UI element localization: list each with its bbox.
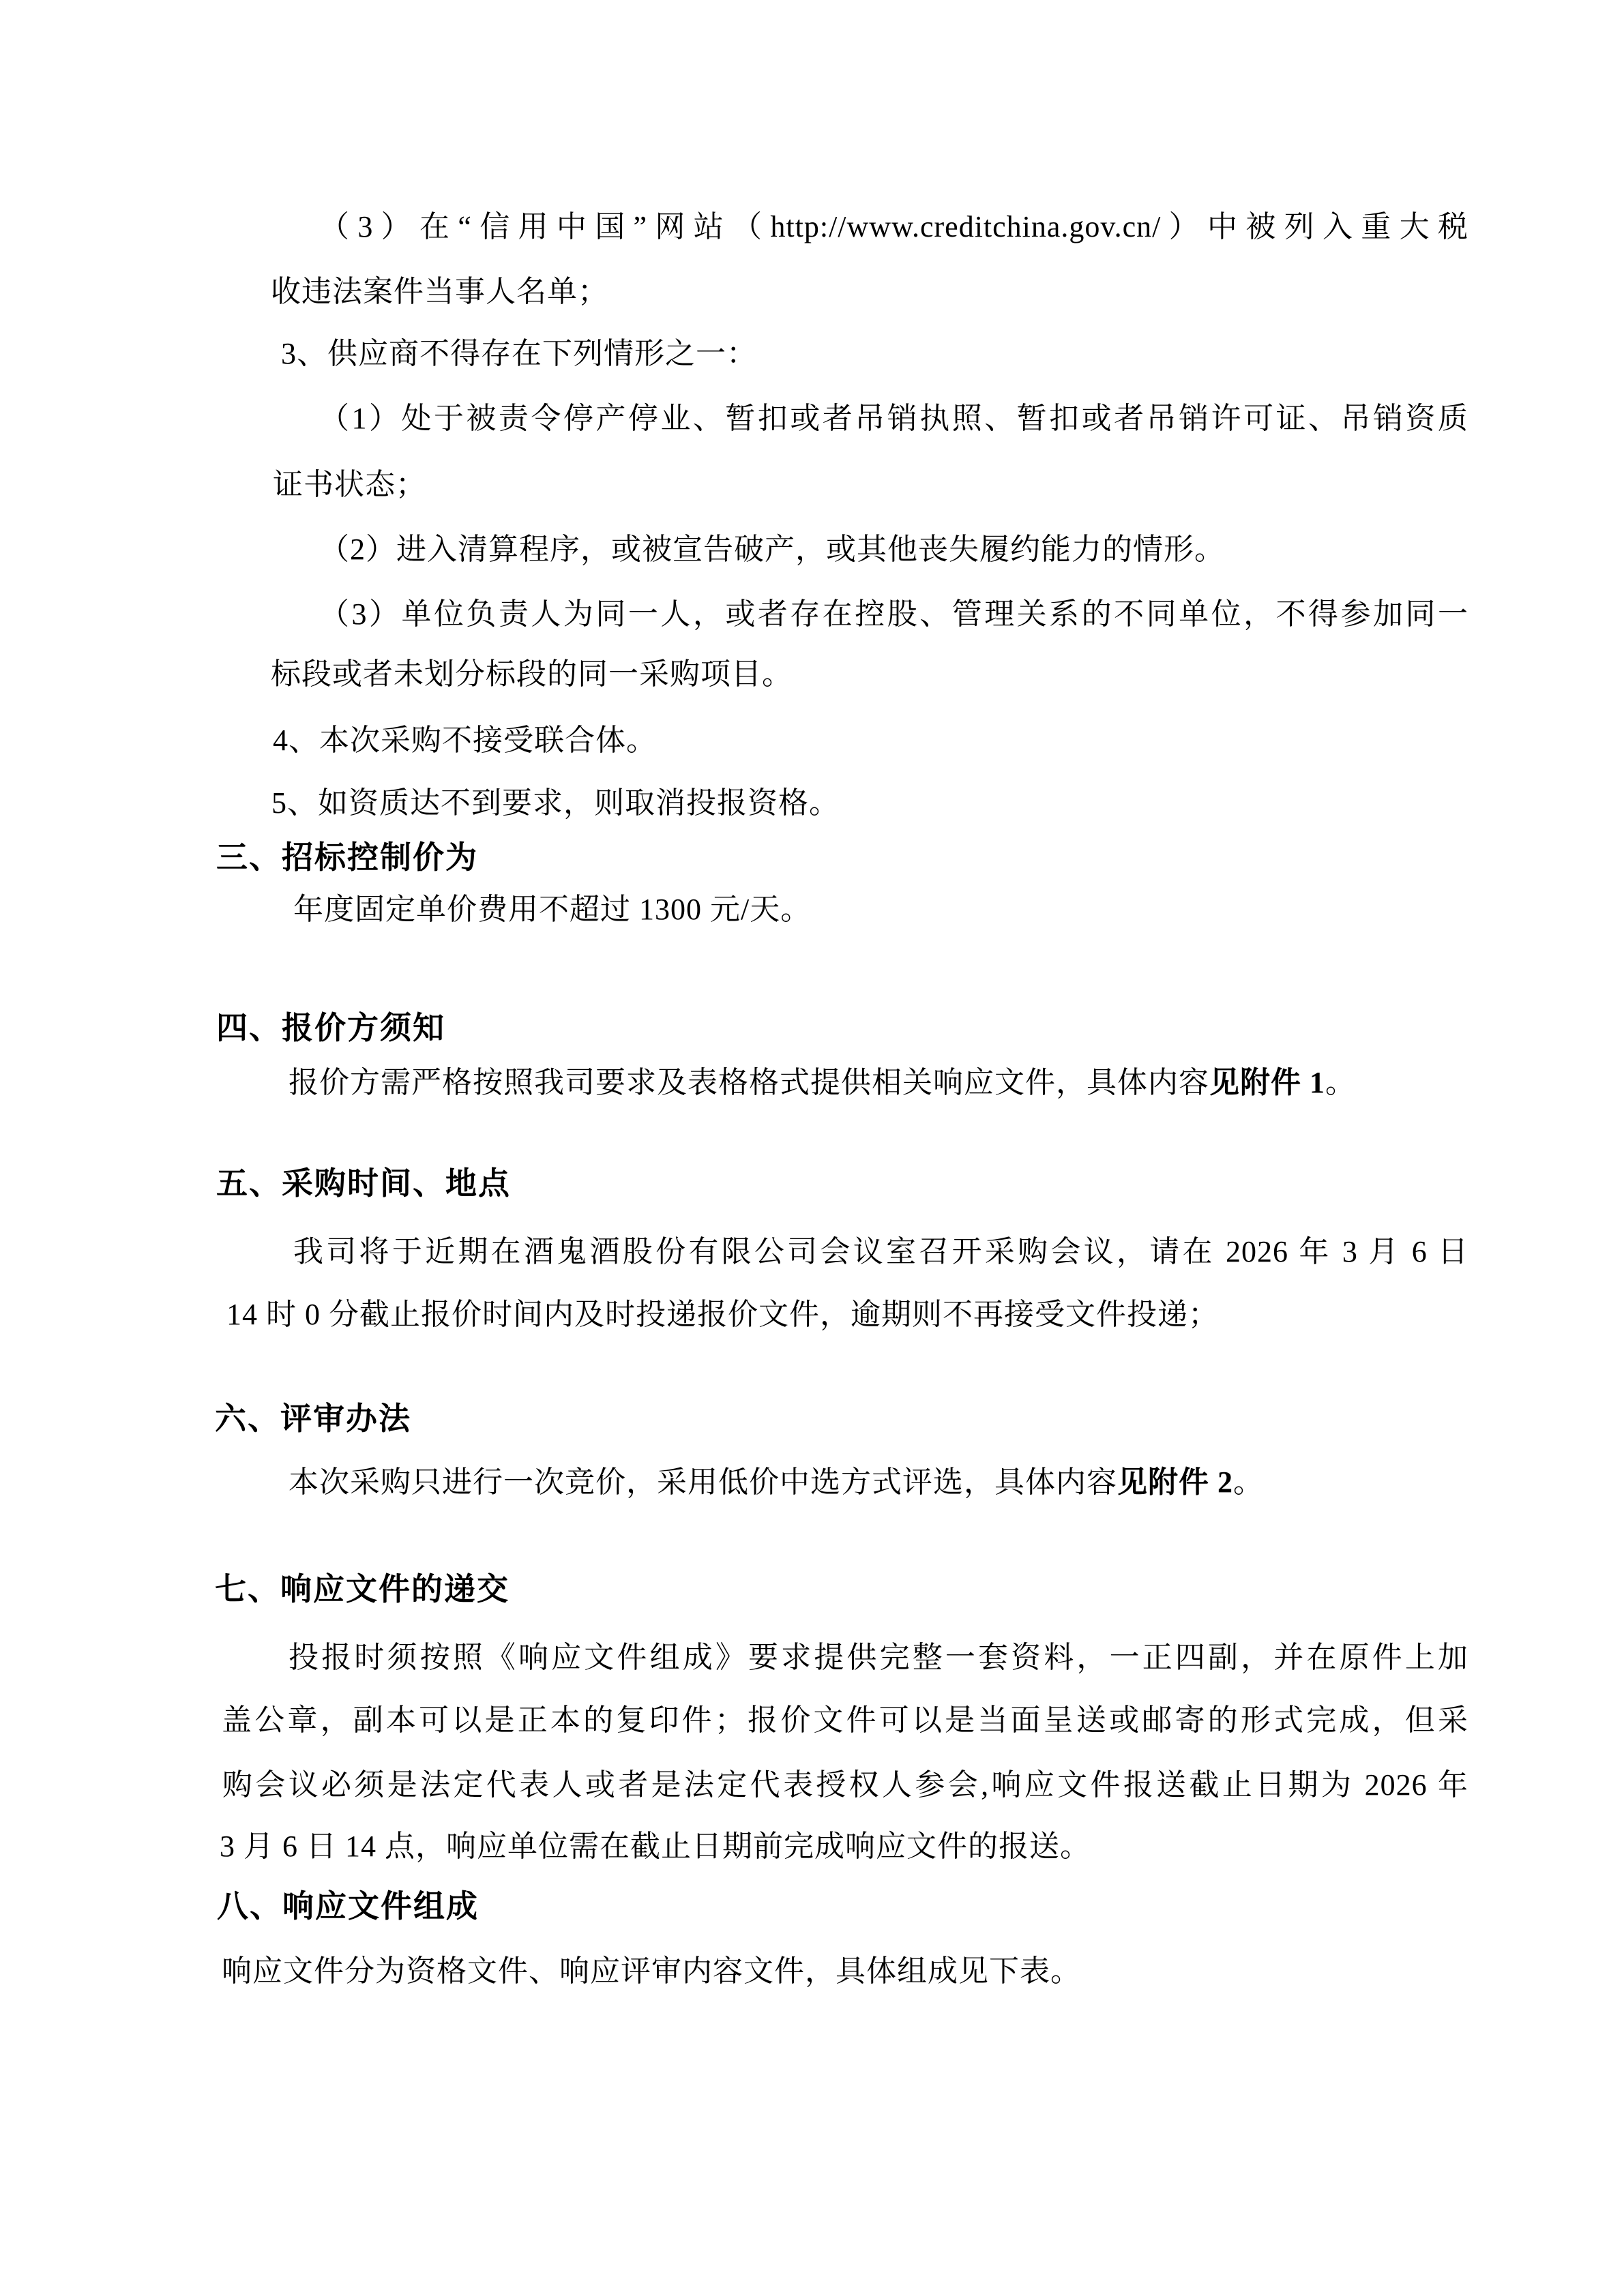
attachment-2-ref: 见附件 2: [1117, 1465, 1233, 1499]
doc-line-8: 标段或者未划分标段的同一采购项目。: [271, 655, 793, 693]
heading-section-6: 六、评审办法: [215, 1399, 411, 1439]
doc-line-1: （3）在“信用中国”网站（http://www.creditchina.gov.…: [319, 208, 1468, 245]
attachment-1-ref: 见附件 1: [1209, 1066, 1325, 1099]
doc-line-3: 3、供应商不得存在下列情形之一：: [281, 335, 757, 372]
doc-line-7: （3）单位负责人为同一人，或者存在控股、管理关系的不同单位，不得参加同一: [319, 595, 1468, 633]
doc-line-22: 盖公章，副本可以是正本的复印件；报价文件可以是当面呈送或邮寄的形式完成，但采: [222, 1701, 1468, 1739]
doc-line-19: 本次采购只进行一次竞价，采用低价中选方式评选，具体内容见附件 2。: [289, 1463, 1264, 1501]
doc-line-14: 报价方需严格按照我司要求及表格格式提供相关响应文件，具体内容见附件 1。: [289, 1064, 1356, 1101]
doc-line-2: 收违法案件当事人名单；: [271, 273, 608, 310]
doc-line-6: （2）进入清算程序，或被宣告破产，或其他丧失履约能力的情形。: [319, 531, 1225, 568]
heading-section-5: 五、采购时间、地点: [216, 1164, 511, 1204]
heading-section-7: 七、响应文件的递交: [215, 1570, 510, 1609]
heading-section-4: 四、报价方须知: [216, 1009, 445, 1048]
doc-line-16: 我司将于近期在酒鬼酒股份有限公司会议室召开采购会议，请在 2026 年 3 月 …: [293, 1233, 1468, 1270]
doc-line-5: 证书状态；: [273, 466, 426, 503]
doc-line-12: 年度固定单价费用不超过 1300 元/天。: [293, 891, 811, 928]
heading-section-3: 三、招标控制价为: [216, 838, 478, 878]
doc-line-4: （1）处于被责令停产停业、暂扣或者吊销执照、暂扣或者吊销许可证、吊销资质: [319, 400, 1468, 437]
document-page: （3）在“信用中国”网站（http://www.creditchina.gov.…: [0, 0, 1624, 2296]
doc-line-14-period: 。: [1325, 1066, 1356, 1099]
doc-line-23: 购会议必须是法定代表人或者是法定代表授权人参会,响应文件报送截止日期为 2026…: [222, 1766, 1468, 1804]
doc-line-19-text: 本次采购只进行一次竞价，采用低价中选方式评选，具体内容: [289, 1465, 1117, 1499]
doc-line-24: 3 月 6 日 14 点，响应单位需在截止日期前完成响应文件的报送。: [220, 1828, 1091, 1865]
doc-line-9: 4、本次采购不接受联合体。: [273, 721, 657, 759]
doc-line-26: 响应文件分为资格文件、响应评审内容文件，具体组成见下表。: [222, 1952, 1081, 1990]
doc-line-14-text: 报价方需严格按照我司要求及表格格式提供相关响应文件，具体内容: [289, 1066, 1209, 1099]
doc-line-10: 5、如资质达不到要求，则取消投报资格。: [271, 784, 840, 822]
heading-section-8: 八、响应文件组成: [217, 1887, 479, 1926]
doc-line-21: 投报时须按照《响应文件组成》要求提供完整一套资料，一正四副，并在原件上加: [289, 1639, 1468, 1676]
doc-line-19-period: 。: [1233, 1465, 1264, 1499]
doc-line-17: 14 时 0 分截止报价时间内及时投递报价文件，逾期则不再接受文件投递；: [226, 1296, 1219, 1333]
